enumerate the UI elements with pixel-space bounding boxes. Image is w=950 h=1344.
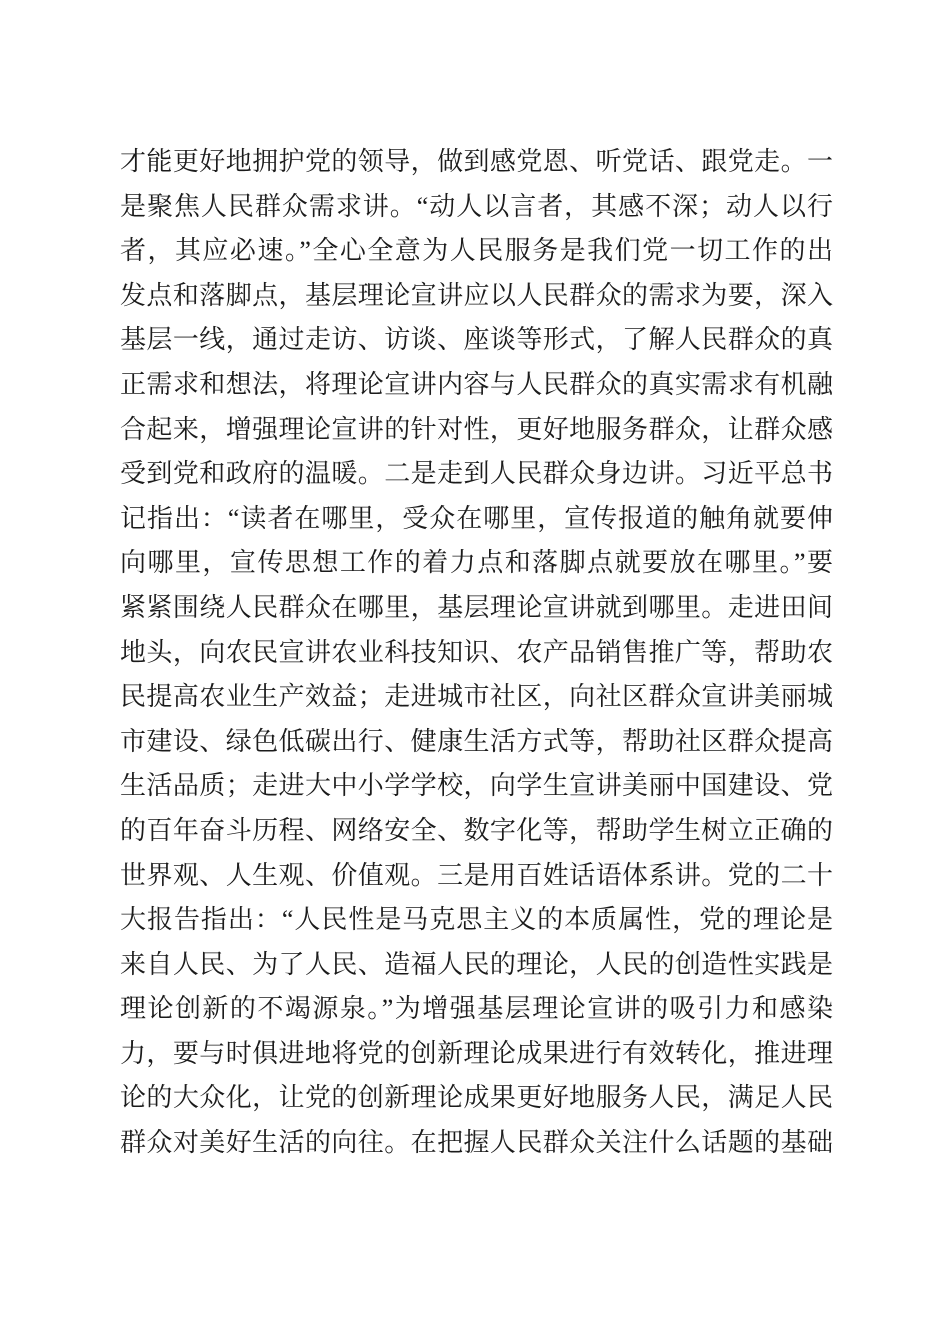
text-line: 群众对美好生活的向往。在把握人民群众关注什么话题的基础 [120,1121,833,1166]
text-line: 记指出：“读者在哪里，受众在哪里，宣传报道的触角就要伸 [120,497,833,542]
text-line: 正需求和想法，将理论宣讲内容与人民群众的真实需求有机融 [120,363,833,408]
text-line: 生活品质；走进大中小学学校，向学生宣讲美丽中国建设、党 [120,764,833,809]
text-line: 市建设、绿色低碳出行、健康生活方式等，帮助社区群众提高 [120,720,833,765]
document-page: 才能更好地拥护党的领导，做到感党恩、听党话、跟党走。一是聚焦人民群众需求讲。“动… [0,0,950,1344]
text-line: 来自人民、为了人民、造福人民的理论，人民的创造性实践是 [120,943,833,988]
text-line: 者，其应必速。”全心全意为人民服务是我们党一切工作的出 [120,229,833,274]
text-line: 向哪里，宣传思想工作的着力点和落脚点就要放在哪里。”要 [120,541,833,586]
text-line: 的百年奋斗历程、网络安全、数字化等，帮助学生树立正确的 [120,809,833,854]
text-line: 才能更好地拥护党的领导，做到感党恩、听党话、跟党走。一 [120,140,833,185]
text-line: 发点和落脚点，基层理论宣讲应以人民群众的需求为要，深入 [120,274,833,319]
text-line: 基层一线，通过走访、访谈、座谈等形式，了解人民群众的真 [120,318,833,363]
body-text: 才能更好地拥护党的领导，做到感党恩、听党话、跟党走。一是聚焦人民群众需求讲。“动… [120,140,833,1166]
text-line: 是聚焦人民群众需求讲。“动人以言者，其感不深；动人以行 [120,185,833,230]
text-line: 合起来，增强理论宣讲的针对性，更好地服务群众，让群众感 [120,408,833,453]
text-line: 世界观、人生观、价值观。三是用百姓话语体系讲。党的二十 [120,854,833,899]
text-line: 论的大众化，让党的创新理论成果更好地服务人民，满足人民 [120,1076,833,1121]
text-line: 大报告指出：“人民性是马克思主义的本质属性，党的理论是 [120,898,833,943]
text-line: 力，要与时俱进地将党的创新理论成果进行有效转化，推进理 [120,1032,833,1077]
text-line: 受到党和政府的温暖。二是走到人民群众身边讲。习近平总书 [120,452,833,497]
text-line: 民提高农业生产效益；走进城市社区，向社区群众宣讲美丽城 [120,675,833,720]
text-line: 地头，向农民宣讲农业科技知识、农产品销售推广等，帮助农 [120,631,833,676]
text-line: 紧紧围绕人民群众在哪里，基层理论宣讲就到哪里。走进田间 [120,586,833,631]
text-line: 理论创新的不竭源泉。”为增强基层理论宣讲的吸引力和感染 [120,987,833,1032]
